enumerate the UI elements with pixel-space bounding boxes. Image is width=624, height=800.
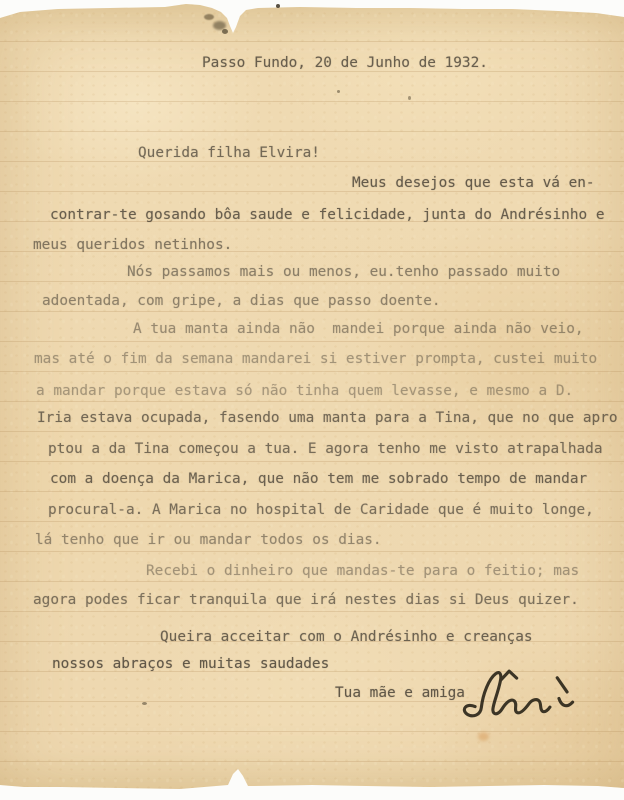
letter-line: ptou a da Tina começou a tua. E agora te… <box>48 442 603 458</box>
signature: Nênê <box>454 664 591 728</box>
letter-line: Meus desejos que esta vá en- <box>352 176 595 192</box>
ink-dot <box>276 4 280 8</box>
letter-line: Iria estava ocupada, fasendo uma manta p… <box>37 411 617 427</box>
letter-line: Queira acceitar com o Andrésinho e crean… <box>160 630 533 646</box>
ink-smudge <box>222 29 228 34</box>
letter-line: adoentada, com gripe, a dias que passo d… <box>42 294 441 310</box>
letter-line: com a doença da Marica, que não tem me s… <box>50 472 587 488</box>
dateline: Passo Fundo, 20 de Junho de 1932. <box>202 56 488 72</box>
ink-dot <box>337 90 340 93</box>
letter-scan: Passo Fundo, 20 de Junho de 1932. Querid… <box>0 0 624 800</box>
letter-line: meus queridos netinhos. <box>33 238 232 254</box>
letter-line: mas até o fim da semana mandarei si esti… <box>34 352 597 368</box>
letter-line: A tua manta ainda não mandei porque aind… <box>133 322 584 338</box>
ink-dot <box>142 702 147 705</box>
letter-line: procural-a. A Marica no hospital de Cari… <box>48 503 594 519</box>
letter-line: Recebi o dinheiro que mandas-te para o f… <box>146 564 579 580</box>
letter-line: a mandar porque estava só não tinha quem… <box>36 384 573 400</box>
letter-line: nossos abraços e muitas saudades <box>52 657 329 673</box>
letter-line: contrar-te gosando bôa saude e felicidad… <box>50 208 605 224</box>
paper-stain <box>478 732 489 741</box>
ink-dot <box>408 96 411 100</box>
letter-line: agora podes ficar tranquila que irá nest… <box>33 593 579 609</box>
ink-smudge <box>204 14 214 20</box>
letter-line: lá tenho que ir ou mandar todos os dias. <box>35 533 382 549</box>
closing-line: Tua mãe e amiga <box>335 686 465 702</box>
salutation: Querida filha Elvira! <box>138 146 320 162</box>
signature-stroke <box>454 664 591 724</box>
letter-line: Nós passamos mais ou menos, eu.tenho pas… <box>127 265 560 281</box>
